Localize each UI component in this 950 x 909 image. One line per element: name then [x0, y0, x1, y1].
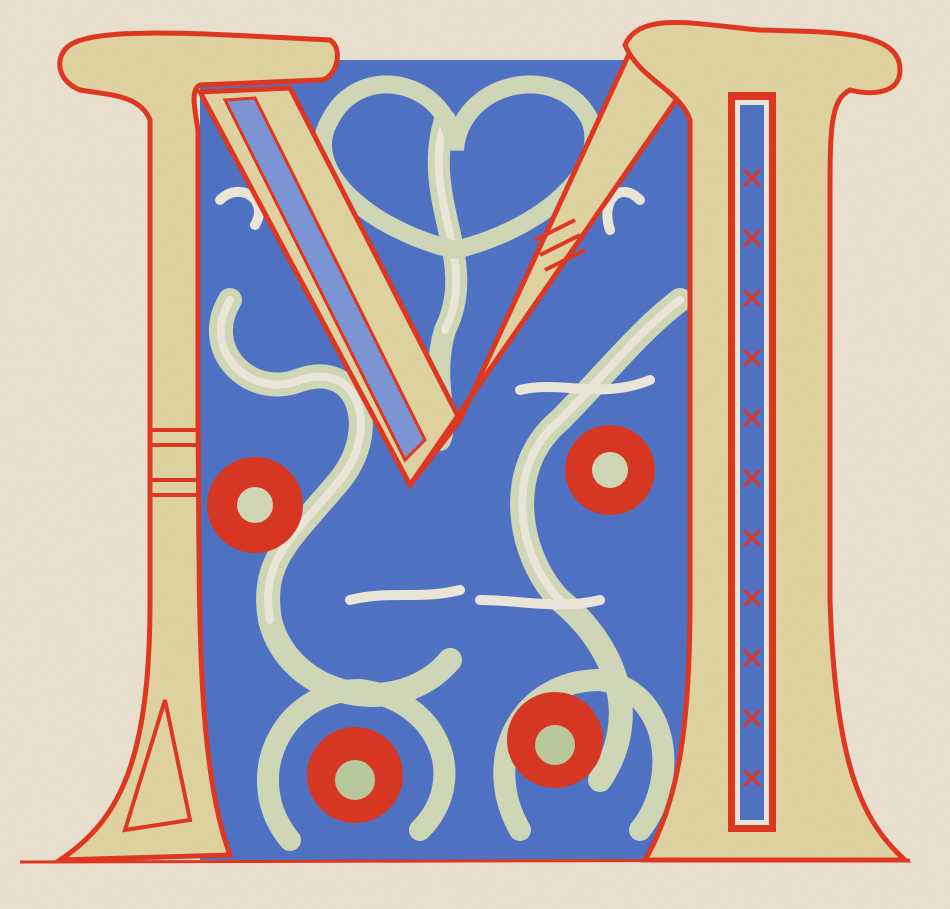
- initial-m-artwork: [0, 0, 950, 909]
- illuminated-initial: Decorated initial M with foliate scrollw…: [0, 0, 950, 909]
